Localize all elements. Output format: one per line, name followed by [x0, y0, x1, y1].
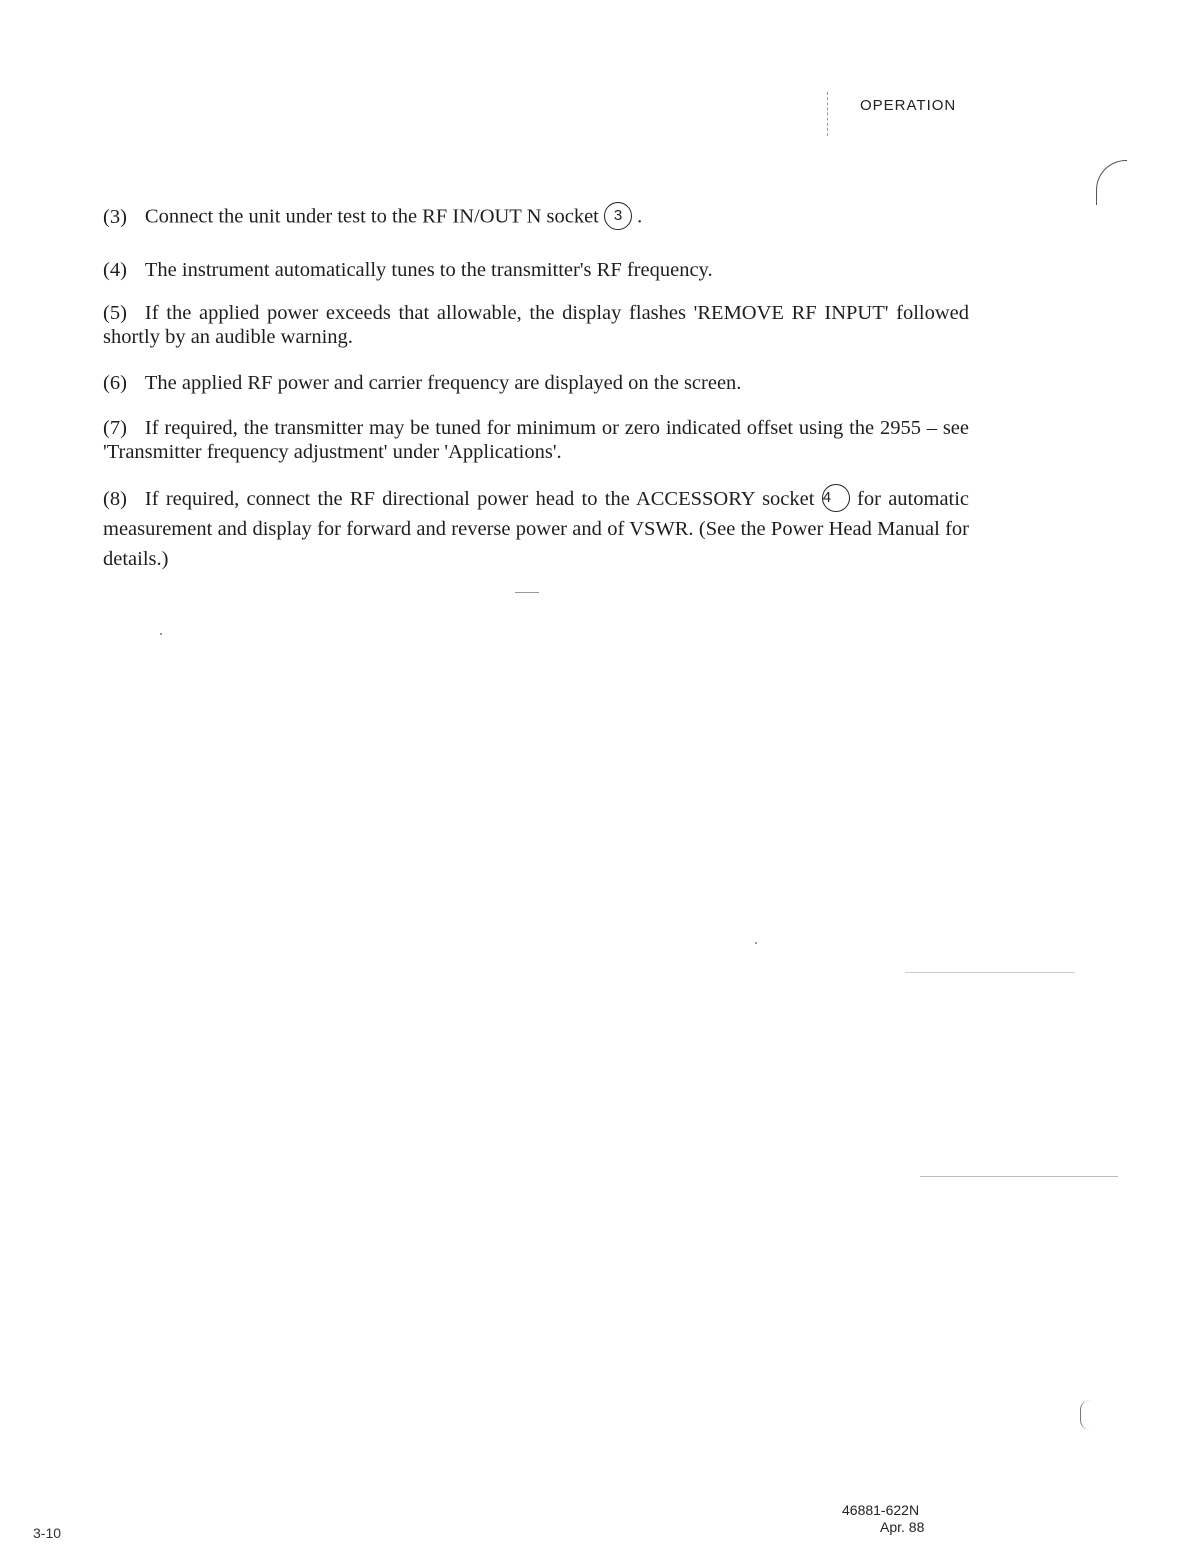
scan-margin-mark — [1080, 1400, 1091, 1430]
scan-speck — [515, 592, 539, 593]
document-date: Apr. 88 — [880, 1519, 924, 1535]
scan-speck — [920, 1176, 1118, 1177]
scan-speck — [160, 633, 162, 635]
step-5: (5)If the applied power exceeds that all… — [103, 301, 969, 349]
step-number: (4) — [103, 258, 127, 282]
step-text: If required, the transmitter may be tune… — [103, 417, 969, 463]
step-3: (3)Connect the unit under test to the RF… — [103, 204, 969, 232]
section-title: OPERATION — [860, 97, 956, 114]
step-8: (8)If required, connect the RF direction… — [103, 484, 969, 574]
scan-speck — [755, 942, 757, 944]
step-text: If the applied power exceeds that allowa… — [103, 302, 969, 348]
step-text: Connect the unit under test to the RF IN… — [145, 206, 599, 228]
step-number: (7) — [103, 416, 127, 440]
document-code: 46881-622N — [842, 1502, 919, 1518]
step-number: (3) — [103, 205, 127, 229]
step-text: If required, connect the RF directional … — [145, 488, 815, 510]
step-text-end: . — [637, 206, 642, 228]
header-divider — [827, 92, 829, 136]
scan-margin-mark — [1096, 160, 1127, 205]
step-number: (5) — [103, 301, 127, 325]
step-7: (7)If required, the transmitter may be t… — [103, 416, 969, 464]
scan-speck — [905, 972, 1075, 973]
step-4: (4)The instrument automatically tunes to… — [103, 258, 969, 282]
step-text: The applied RF power and carrier frequen… — [145, 372, 742, 394]
step-number: (8) — [103, 484, 127, 514]
page-number: 3-10 — [33, 1525, 61, 1541]
callout-circle: 3 — [604, 202, 632, 230]
step-number: (6) — [103, 371, 127, 395]
step-6: (6)The applied RF power and carrier freq… — [103, 371, 969, 395]
callout-circle: 4 — [822, 484, 850, 512]
document-page: OPERATION (3)Connect the unit under test… — [0, 0, 1200, 1568]
step-text: The instrument automatically tunes to th… — [145, 259, 713, 281]
